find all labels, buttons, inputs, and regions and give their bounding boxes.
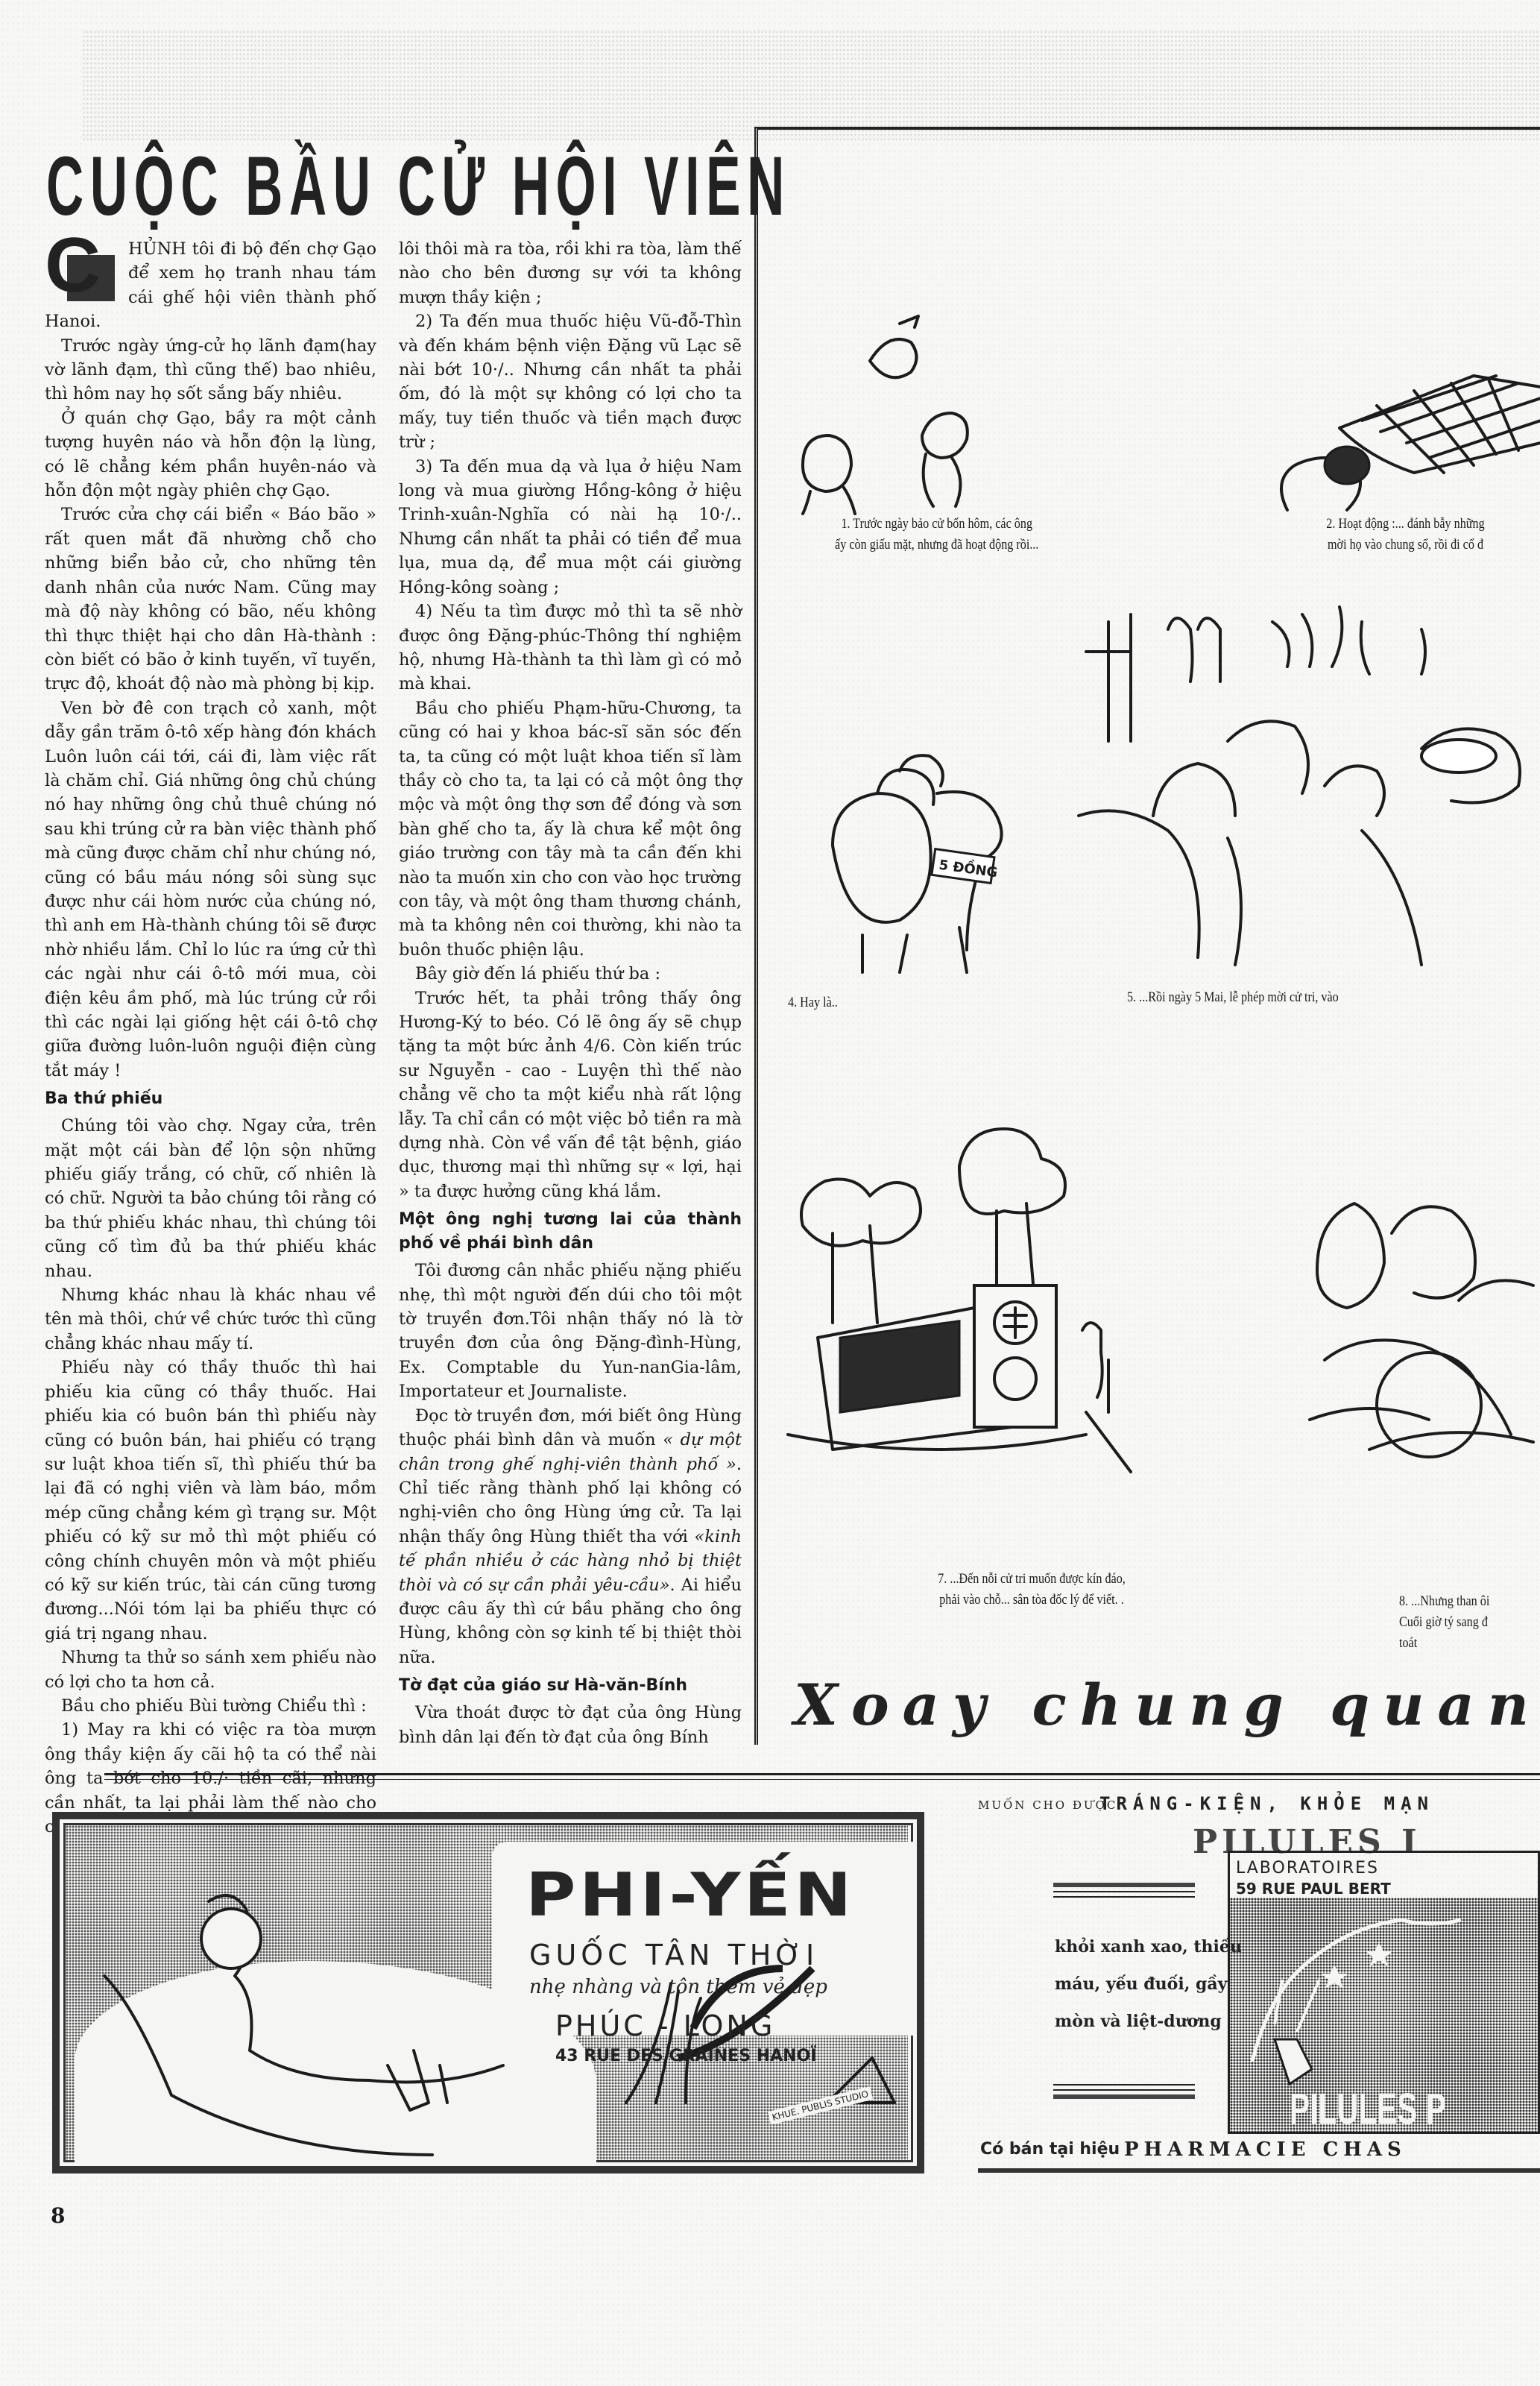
- advertisement-pilules: MUỐN CHO ĐƯỢC: TRÁNG-KIỆN, KHỎE MẠN PILU…: [962, 1782, 1540, 2185]
- comic-panel-4: 5 ĐỒNG: [788, 726, 1034, 972]
- paragraph: Trước cửa chợ cái biển « Báo bão » rất q…: [45, 503, 376, 696]
- paragraph: Nhưng khác nhau là khác nhau về tên mà t…: [45, 1283, 376, 1356]
- ad-brand-name: PHI-YẾN: [526, 1860, 855, 1930]
- comic-panel-1: [773, 279, 1086, 517]
- comic-title: Xoay chung quanh tám cái: [794, 1672, 1540, 1738]
- paragraph: Ở quán chợ Gạo, bầy ra một cảnh tượng hu…: [45, 406, 376, 503]
- ad-tagline: GUỐC TÂN THỜI: [529, 1939, 818, 1971]
- dropcap-c: C: [45, 240, 119, 307]
- paragraph: Trước hết, ta phải trông thấy ông Hương-…: [399, 986, 742, 1204]
- paragraph: Đọc tờ truyền đơn, mới biết ông Hùng thu…: [399, 1404, 742, 1669]
- paragraph: Nhưng ta thử so sánh xem phiếu nào có lợ…: [45, 1646, 376, 1694]
- article-column-1: C HỦNH tôi đi bộ đến chợ Gạo để xem họ t…: [45, 237, 376, 1839]
- ad-body-line-1: khỏi xanh xao, thiếu: [1055, 1937, 1242, 1957]
- section-heading: Tờ đạt của giáo sư Hà-văn-Bính: [399, 1674, 742, 1698]
- comic-caption-1: 1. Trước ngày bảo cử bốn hôm, các ông ấy…: [788, 514, 1086, 555]
- section-divider: [962, 1773, 1540, 1775]
- ad-pharmacy-name: PHARMACIE CHAS: [1124, 2138, 1407, 2161]
- paragraph: Bầu cho phiếu Phạm-hữu-Chương, ta cũng c…: [399, 696, 742, 962]
- ad-headline: TRÁNG-KIỆN, KHỎE MẠN: [1099, 1793, 1434, 1814]
- section-divider: [104, 1773, 962, 1775]
- comic-drawing-crowd: [1079, 592, 1540, 980]
- ad-lab-address: 59 RUE PAUL BERT: [1236, 1880, 1391, 1898]
- comic-drawing-booth: [788, 1099, 1138, 1472]
- paragraph: Tôi đương cân nhắc phiếu nặng phiếu nhẹ,…: [399, 1259, 742, 1403]
- comic-strip: 1. Trước ngày bảo cử bốn hôm, các ông ấy…: [754, 127, 1540, 1745]
- section-heading: Một ông nghị tương lai của thành phố về …: [399, 1208, 742, 1256]
- section-heading: Ba thứ phiếu: [45, 1087, 376, 1111]
- comic-panel-7: [788, 1099, 1138, 1472]
- page-number: 8: [51, 2203, 65, 2228]
- page-title: CUỘC BẦU CỬ HỘI VIÊN: [46, 145, 758, 227]
- comic-drawing-counting: [1295, 1121, 1540, 1494]
- section-divider: [104, 1779, 962, 1780]
- comic-caption-8: 8. ...Nhưng than ôi Cuối giờ tý sang đ t…: [1399, 1591, 1539, 1654]
- ad-lab-name: LABORATOIRES: [1236, 1859, 1379, 1877]
- paragraph: Ven bờ đê con trạch cỏ xanh, một dẫy gần…: [45, 696, 376, 1083]
- comic-drawing-net-trap: [1250, 264, 1540, 510]
- paragraph: Trước ngày ứng-cử họ lãnh đạm(hay vờ lãn…: [45, 334, 376, 406]
- comic-drawing-schemers: [773, 279, 1086, 517]
- article-column-2: lôi thôi mà ra tòa, rồi khi ra tòa, làm …: [399, 237, 742, 1749]
- header-halftone: [82, 30, 1540, 142]
- ad-box-label: PILULES P: [1290, 2084, 1446, 2134]
- paragraph: Vừa thoát được tờ đạt của ông Hùng bình …: [399, 1701, 742, 1749]
- comic-panel-2: [1250, 264, 1540, 510]
- paragraph: 2) Ta đến mua thuốc hiệu Vũ-đỗ-Thìn và đ…: [399, 309, 742, 454]
- comic-caption-7: 7. ...Đến nỗi cử tri muốn được kín đáo, …: [892, 1569, 1171, 1611]
- ad-body-line-2: máu, yếu đuối, gầy: [1055, 1974, 1227, 1994]
- paragraph: Bây giờ đến lá phiếu thứ ba :: [399, 962, 742, 986]
- comic-panel-8: [1295, 1121, 1540, 1494]
- paragraph: Bầu cho phiếu Bùi tường Chiểu thì :: [45, 1694, 376, 1718]
- section-divider: [962, 1779, 1540, 1780]
- ad-sold-at-label: Có bán tại hiệu :: [980, 2140, 1132, 2159]
- comic-caption-2: 2. Hoạt động :... đánh bẫy những mời họ …: [1272, 514, 1539, 555]
- paragraph: Chúng tôi vào chợ. Ngay cửa, trên mặt mộ…: [45, 1114, 376, 1283]
- paragraph: 3) Ta đến mua dạ và lụa ở hiệu Nam long …: [399, 455, 742, 599]
- comic-caption-4: 4. Hay là..: [788, 992, 877, 1013]
- ad-shop-name: PHÚC - LONG: [555, 2009, 775, 2042]
- paragraph: Phiếu này có thầy thuốc thì hai phiếu ki…: [45, 1356, 376, 1646]
- advertisement-phi-yen: PHI-YẾN GUỐC TÂN THỜI nhẹ nhàng và tôn t…: [52, 1812, 924, 2173]
- ad-body-line-3: mòn và liệt-dương: [1055, 2012, 1222, 2031]
- comic-drawing-bribe: 5 ĐỒNG: [788, 726, 1034, 972]
- ad-product-box: LABORATOIRES 59 RUE PAUL BERT PILULES P: [1228, 1851, 1540, 2134]
- paragraph: lôi thôi mà ra tòa, rồi khi ra tòa, làm …: [399, 237, 742, 309]
- paragraph: 4) Nếu ta tìm được mỏ thì ta sẽ nhờ được…: [399, 599, 742, 696]
- comic-caption-5: 5. ...Rồi ngày 5 Mai, lễ phép mời cử tri…: [1127, 987, 1482, 1008]
- comic-panel-5: [1079, 592, 1540, 980]
- ad-address: 43 RUE DES GRAINES HANOÏ: [555, 2047, 816, 2065]
- ad-slogan: nhẹ nhàng và tôn thêm vẻ đẹp: [529, 1976, 827, 1998]
